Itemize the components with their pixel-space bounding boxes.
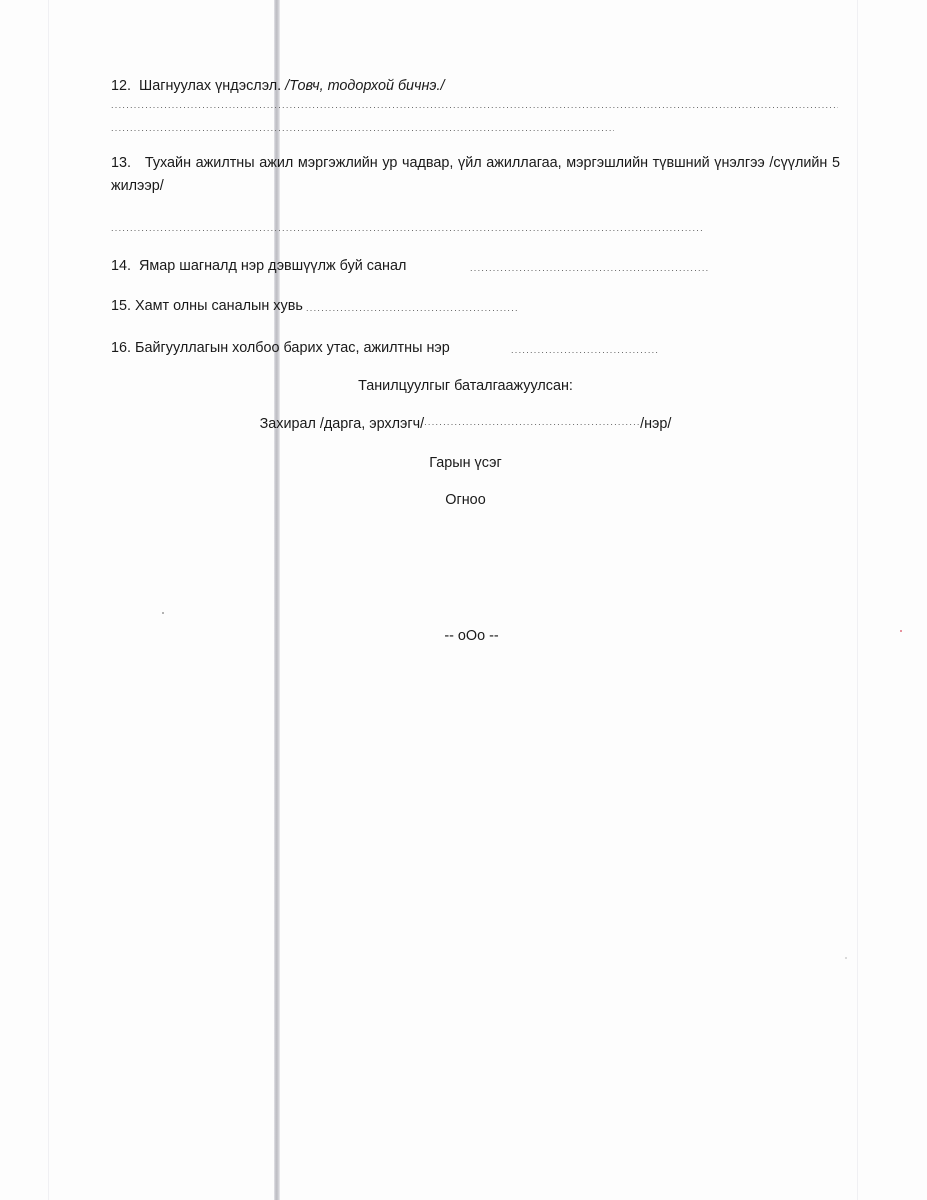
item-14: 14. Ямар шагналд нэр дэвшүүлж буй санал (111, 258, 406, 274)
item-label: Байгууллагын холбоо барих утас, ажилтны … (135, 340, 450, 356)
item-label: Тухайн ажилтны ажил мэргэжлийн ур чадвар… (111, 155, 840, 194)
fill-line[interactable]: ........................................… (111, 122, 614, 134)
item-12: 12. Шагнуулах үндэслэл. /Товч, тодорхой … (111, 78, 445, 94)
scan-speck (900, 630, 902, 632)
item-13: 13. Тухайн ажилтны ажил мэргэжлийн ур ча… (111, 152, 840, 198)
name-suffix: /нэр/ (640, 416, 671, 432)
item-number: 15. (111, 298, 131, 314)
item-number: 14. (111, 258, 131, 274)
director-line: Захирал /дарга, эрхлэгч/................… (2, 416, 927, 432)
end-mark: -- oOo -- (8, 628, 927, 644)
scan-speck (845, 957, 847, 959)
director-label: Захирал /дарга, эрхлэгч/ (260, 416, 425, 432)
fill-line[interactable]: ........................................… (111, 222, 704, 234)
fill-line[interactable]: ........................................… (111, 99, 838, 111)
item-label: Ямар шагналд нэр дэвшүүлж буй санал (139, 258, 406, 274)
scan-artifact-faint-line (48, 0, 49, 1200)
fill-line[interactable]: ........................................… (306, 302, 519, 314)
fill-line[interactable]: ........................................… (511, 344, 659, 356)
director-name-fill[interactable]: ........................................… (424, 416, 640, 428)
scan-artifact-faint-line (857, 0, 858, 1200)
item-label: Шагнуулах үндэслэл. (139, 78, 281, 94)
item-number: 16. (111, 340, 131, 356)
approval-heading: Танилцуулгыг баталгаажуулсан: (2, 378, 927, 394)
fill-line[interactable]: ........................................… (470, 262, 710, 274)
item-number: 13. (111, 155, 131, 171)
item-16: 16. Байгууллагын холбоо барих утас, ажил… (111, 340, 450, 356)
item-15: 15. Хамт олны саналын хувь (111, 298, 303, 314)
item-label: Хамт олны саналын хувь (135, 298, 303, 314)
scan-speck (162, 612, 164, 614)
date-label: Огноо (2, 492, 927, 508)
item-note: /Товч, тодорхой бичнэ./ (285, 78, 444, 94)
signature-label: Гарын үсэг (2, 455, 927, 471)
item-number: 12. (111, 78, 131, 94)
